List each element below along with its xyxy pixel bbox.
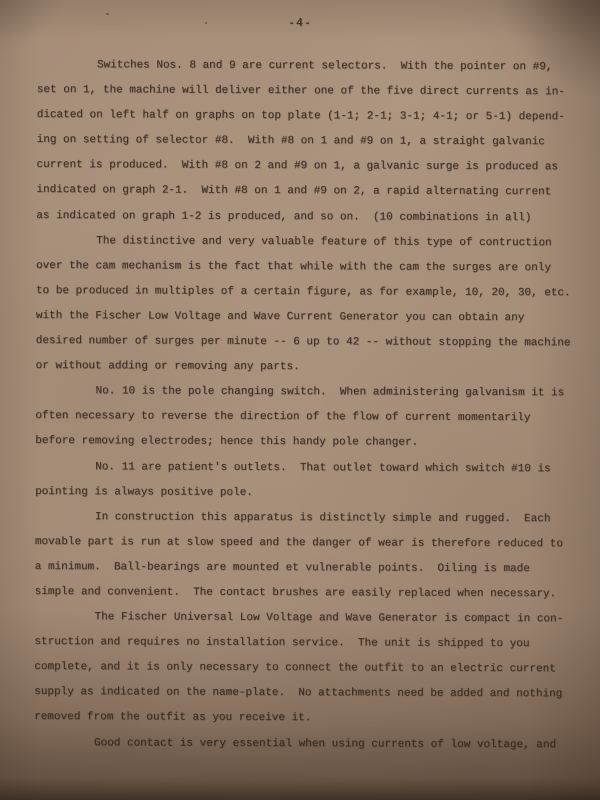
text-line: over the cam mechanism is the fact that … (36, 254, 581, 281)
text-line: ing on setting of selector #8. With #8 o… (37, 128, 582, 155)
text-line: complete, and it is only necessary to co… (34, 655, 579, 682)
text-line: Good contact is very essential when usin… (34, 731, 579, 758)
text-line: removed from the outfit as you receive i… (34, 705, 579, 732)
text-line: to be produced in multiples of a certain… (36, 279, 581, 306)
text-line: with the Fischer Low Voltage and Wave Cu… (36, 304, 581, 331)
text-line: before removing electrodes; hence this h… (35, 429, 580, 456)
text-line: No. 11 are patient's outlets. That outle… (35, 454, 580, 481)
text-line: often necessary to reverse the direction… (35, 404, 580, 431)
text-line: The Fischer Universal Low Voltage and Wa… (34, 605, 579, 632)
text-line: current is produced. With #8 on 2 and #9… (36, 153, 581, 180)
text-line: simple and convenient. The contact brush… (35, 580, 580, 607)
text-line: In construction this apparatus is distin… (35, 505, 580, 532)
text-line: No. 10 is the pole changing switch. When… (35, 379, 580, 406)
text-line: pointing is always positive pole. (35, 480, 580, 507)
text-line: struction and requires no installation s… (34, 630, 579, 657)
text-line: as indicated on graph 1-2 is produced, a… (36, 204, 581, 231)
text-line: desired number of surges per minute -- 6… (36, 329, 581, 356)
paper-bottom-edge-shadow (0, 778, 600, 800)
page-number: -4- (0, 17, 600, 30)
scanned-document-page: -4- Switches Nos. 8 and 9 are current se… (0, 0, 600, 800)
text-line: supply as indicated on the name-plate. N… (34, 680, 579, 707)
typewritten-text-block: Switches Nos. 8 and 9 are current select… (34, 53, 582, 758)
text-line: set on 1, the machine will deliver eithe… (37, 78, 582, 105)
paper-speck (106, 13, 109, 15)
text-line: movable part is run at slow speed and th… (35, 530, 580, 557)
text-line: dicated on left half on graphs on top pl… (37, 103, 582, 130)
text-line: a minimum. Ball-bearings are mounted et … (35, 555, 580, 582)
text-line: Switches Nos. 8 and 9 are current select… (37, 53, 582, 80)
text-line: The distinctive and very valuable featur… (36, 229, 581, 256)
text-line: or without adding or removing any parts. (36, 354, 581, 381)
text-line: indicated on graph 2-1. With #8 on 1 and… (36, 178, 581, 205)
